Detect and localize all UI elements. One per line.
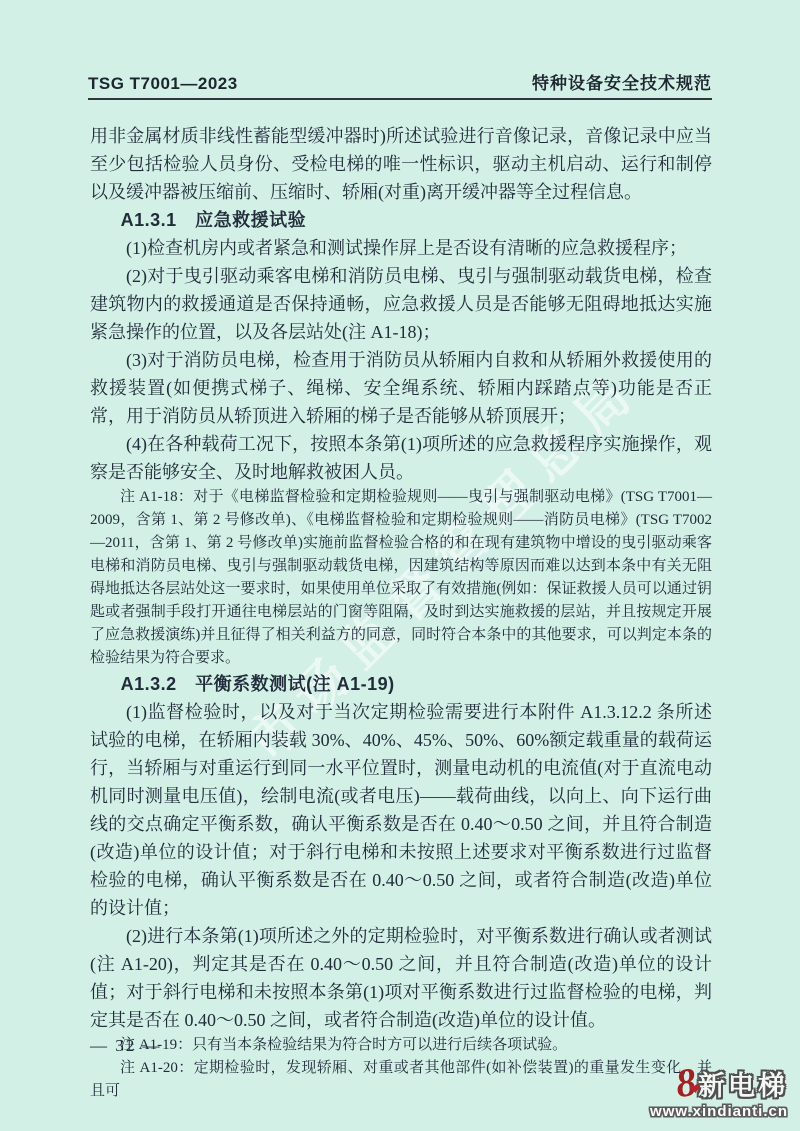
site-logo: 8❤ 新电梯 www.xindianti.cn: [618, 1066, 788, 1119]
logo-site-name: 新电梯: [698, 1073, 788, 1100]
paragraph-intro: 用非金属材质非线性蓄能型缓冲器时)所述试验进行音像记录，音像记录中应当至少包括检…: [90, 122, 712, 206]
logo-8-mark: 8❤: [674, 1065, 699, 1101]
doc-code: TSG T7001—2023: [88, 74, 238, 94]
a132-item-1: (1)监督检验时，以及对于当次定期检验需要进行本附件 A1.3.12.2 条所述…: [90, 698, 712, 922]
a131-item-4: (4)在各种载荷工况下，按照本条第(1)项所述的应急救援程序实施操作，观察是否能…: [90, 430, 712, 486]
logo-row: 8❤ 新电梯: [618, 1066, 788, 1100]
document-header: TSG T7001—2023 特种设备安全技术规范: [88, 72, 712, 100]
document-body: 用非金属材质非线性蓄能型缓冲器时)所述试验进行音像记录，音像记录中应当至少包括检…: [90, 122, 712, 1103]
note-a1-19: 注 A1-19：只有当本条检验结果为符合时方可以进行后续各项试验。: [90, 1034, 712, 1057]
note-a1-18: 注 A1-18：对于《电梯监督检验和定期检验规则——曳引与强制驱动电梯》(TSG…: [90, 486, 712, 670]
heart-icon: ❤: [689, 1084, 702, 1097]
section-heading-a131: A1.3.1 应急救援试验: [90, 206, 712, 234]
page-number: — 32 —: [90, 1036, 162, 1056]
document-page: 市场监督管理总局 TSG T7001—2023 特种设备安全技术规范 用非金属材…: [0, 0, 800, 1131]
doc-title: 特种设备安全技术规范: [532, 69, 712, 94]
a132-item-2: (2)进行本条第(1)项所述之外的定期检验时，对平衡系数进行确认或者测试(注 A…: [90, 922, 712, 1034]
a131-item-1: (1)检查机房内或者紧急和测试操作屏上是否设有清晰的应急救援程序；: [90, 234, 712, 262]
a131-item-3: (3)对于消防员电梯，检查用于消防员从轿厢内自救和从轿厢外救援使用的救援装置(如…: [90, 346, 712, 430]
section-heading-a132: A1.3.2 平衡系数测试(注 A1-19): [90, 670, 712, 698]
a131-item-2: (2)对于曳引驱动乘客电梯和消防员电梯、曳引与强制驱动载货电梯，检查建筑物内的救…: [90, 262, 712, 346]
logo-site-url: www.xindianti.cn: [618, 1104, 788, 1119]
